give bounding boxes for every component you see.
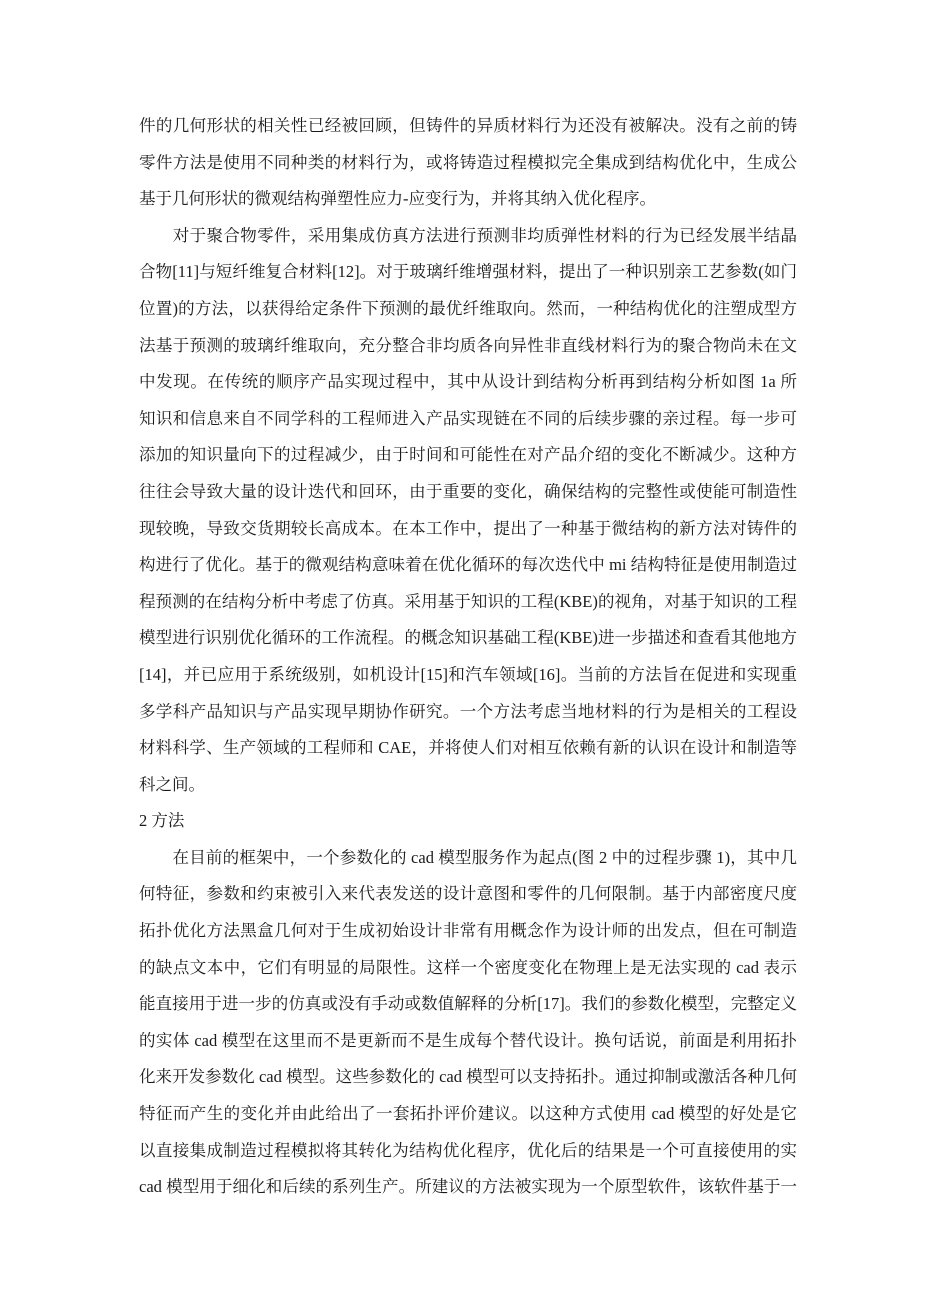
text-line: 位置)的方法，以获得给定条件下预测的最优纤维取向。然而，一种结构优化的注塑成型方 [139,291,797,328]
text-line: 知识和信息来自不同学科的工程师进入产品实现链在不同的后续步骤的亲过程。每一步可以 [139,401,797,438]
text-line: 以直接集成制造过程模拟将其转化为结构优化程序，优化后的结果是一个可直接使用的实体 [139,1133,797,1170]
text-line: 添加的知识量向下的过程减少，由于时间和可能性在对产品介绍的变化不断减少。这种方法 [139,437,797,474]
text-line: 合物[11]与短纤维复合材料[12]。对于玻璃纤维增强材料，提出了一种识别亲工艺… [139,254,797,291]
text-line: cad 模型用于细化和后续的系列生产。所建议的方法被实现为一个原型软件，该软件基… [139,1169,797,1206]
section-heading: 2 方法 [139,803,797,840]
text-line: 拓扑优化方法黑盒几何对于生成初始设计非常有用概念作为设计师的出发点，但在可制造性 [139,913,797,950]
paragraph: 件的几何形状的相关性已经被回顾，但铸件的异质材料行为还没有被解决。没有之前的铸造… [139,108,797,218]
text-line: 程预测的在结构分析中考虑了仿真。采用基于知识的工程(KBE)的视角，对基于知识的… [139,584,797,621]
text-line: 特征而产生的变化并由此给出了一套拓扑评价建议。以这种方式使用 cad 模型的好处… [139,1096,797,1133]
text-line: 现较晚，导致交货期较长高成本。在本工作中，提出了一种基于微结构的新方法对铸件的结 [139,511,797,548]
document-page: 件的几何形状的相关性已经被回顾，但铸件的异质材料行为还没有被解决。没有之前的铸造… [0,0,926,1309]
text-line: 化来开发参数化 cad 模型。这些参数化的 cad 模型可以支持拓扑。通过抑制或… [139,1059,797,1096]
text-line: 多学科产品知识与产品实现早期协作研究。一个方法考虑当地材料的行为是相关的工程设计… [139,694,797,731]
text-line: 零件方法是使用不同种类的材料行为，或将铸造过程模拟完全集成到结构优化中，生成公司 [139,145,797,182]
heading-line: 2 方法 [139,803,797,840]
text-line: 材料科学、生产领域的工程师和 CAE，并将使人们对相互依赖有新的认识在设计和制造… [139,730,797,767]
text-line: 法基于预测的玻璃纤维取向，充分整合非均质各向异性非直线材料行为的聚合物尚未在文献 [139,328,797,365]
paragraph: 在目前的框架中，一个参数化的 cad 模型服务作为起点(图 2 中的过程步骤 1… [139,840,797,1206]
text-line: 模型进行识别优化循环的工作流程。的概念知识基础工程(KBE)进一步描述和查看其他… [139,620,797,657]
text-line: 构进行了优化。基于的微观结构意味着在优化循环的每次迭代中 mi 结构特征是使用制… [139,547,797,584]
text-line: 的实体 cad 模型在这里而不是更新而不是生成每个替代设计。换句话说，前面是利用… [139,1023,797,1060]
text-line: 在目前的框架中，一个参数化的 cad 模型服务作为起点(图 2 中的过程步骤 1… [139,840,797,877]
text-line: 能直接用于进一步的仿真或没有手动或数值解释的分析[17]。我们的参数化模型，完整… [139,986,797,1023]
text-line: 对于聚合物零件，采用集成仿真方法进行预测非均质弹性材料的行为已经发展半结晶聚 [139,218,797,255]
text-line: 何特征，参数和约束被引入来代表发送的设计意图和零件的几何限制。基于内部密度尺度的 [139,876,797,913]
text-column: 件的几何形状的相关性已经被回顾，但铸件的异质材料行为还没有被解决。没有之前的铸造… [139,108,797,1206]
text-line: 件的几何形状的相关性已经被回顾，但铸件的异质材料行为还没有被解决。没有之前的铸造 [139,108,797,145]
text-line: 基于几何形状的微观结构弹塑性应力-应变行为，并将其纳入优化程序。 [139,181,797,218]
paragraph: 对于聚合物零件，采用集成仿真方法进行预测非均质弹性材料的行为已经发展半结晶聚合物… [139,218,797,804]
text-line: 中发现。在传统的顺序产品实现过程中，其中从设计到结构分析再到结构分析如图 1a … [139,364,797,401]
text-line: [14]，并已应用于系统级别，如机设计[15]和汽车领域[16]。当前的方法旨在… [139,657,797,694]
text-line: 的缺点文本中，它们有明显的局限性。这样一个密度变化在物理上是无法实现的 cad … [139,950,797,987]
text-line: 往往会导致大量的设计迭代和回环，由于重要的变化，确保结构的完整性或使能可制造性发 [139,474,797,511]
text-line: 科之间。 [139,767,797,804]
